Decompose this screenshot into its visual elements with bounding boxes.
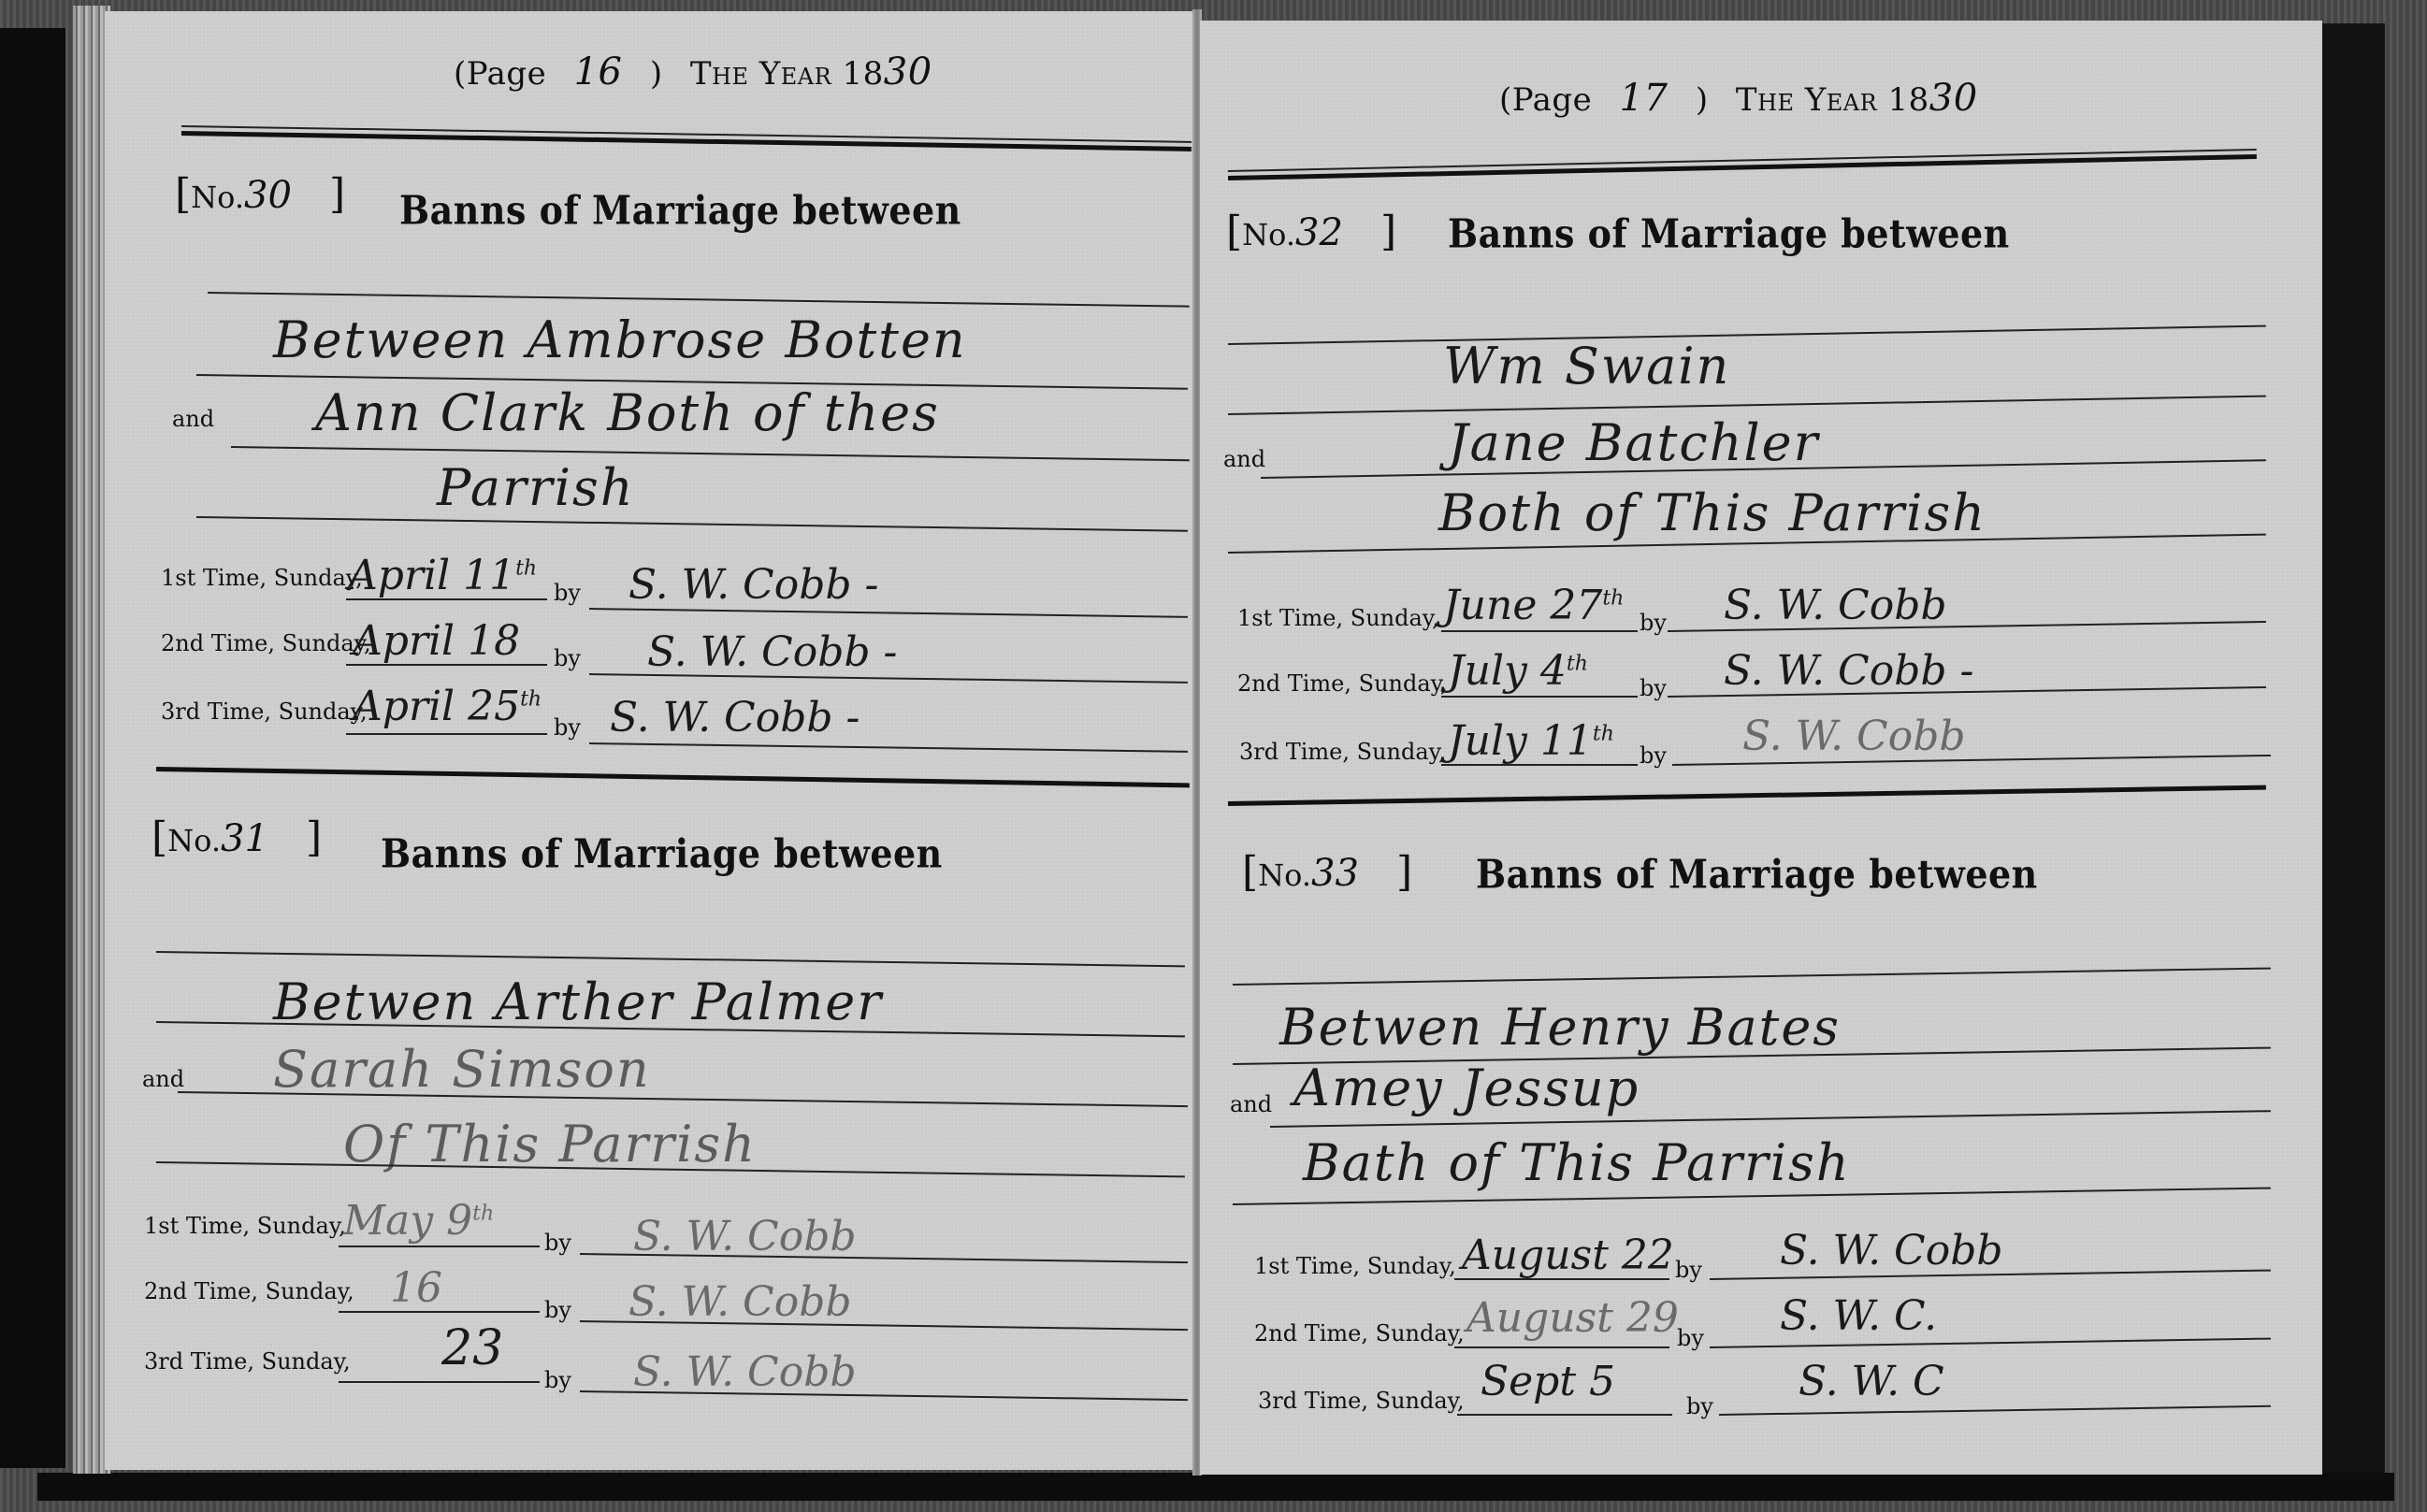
entry-number: [No.30] xyxy=(175,170,345,218)
and-label: and xyxy=(1230,1091,1272,1117)
ruled-line xyxy=(339,1311,540,1313)
bride-line: Ann Clark Both of thes xyxy=(315,383,940,442)
ruled-line xyxy=(339,1381,540,1383)
ruled-line xyxy=(1441,764,1638,766)
reading-date: Sept 5 xyxy=(1481,1358,1615,1405)
ruled-line xyxy=(1719,1405,2271,1416)
parish-line: Bath of This Parrish xyxy=(1303,1133,1851,1192)
and-label: and xyxy=(142,1066,184,1092)
entry-title: Banns of Marriage between xyxy=(381,830,943,877)
reading-date: June 27th xyxy=(1443,582,1624,629)
ruled-line xyxy=(1441,696,1638,698)
ruled-line xyxy=(1228,396,2266,415)
officiant: S. W. Cobb - xyxy=(628,561,878,609)
ruled-line xyxy=(208,292,1190,308)
ruled-line xyxy=(1441,630,1638,632)
entry-number: [No.32] xyxy=(1226,208,1396,255)
officiant: S. W. C xyxy=(1799,1358,1944,1405)
register-page-right: (Page 17 ) The Year 1830 [No.32] Banns o… xyxy=(1200,21,2322,1475)
reading-date: 16 xyxy=(390,1264,442,1312)
officiant: S. W. Cobb xyxy=(633,1348,857,1396)
year-handwritten: 30 xyxy=(1929,77,1978,120)
ruled-line xyxy=(346,733,547,735)
entry-number: [No.33] xyxy=(1242,848,1412,896)
entry-title: Banns of Marriage between xyxy=(399,187,961,234)
header-rule xyxy=(1228,149,2257,180)
header-rule xyxy=(181,125,1192,151)
parish-line: Both of This Parrish xyxy=(1438,483,1986,542)
and-label: and xyxy=(172,406,214,432)
book-shadow-left xyxy=(0,28,65,1468)
groom-line: Betwen Arther Palmer xyxy=(273,972,883,1031)
ruled-line xyxy=(156,951,1185,967)
year-handwritten: 30 xyxy=(884,50,932,94)
ruled-line xyxy=(346,598,547,600)
ruled-line xyxy=(1454,1278,1669,1280)
ruled-line xyxy=(1233,968,2271,986)
page-number: 17 xyxy=(1620,77,1669,120)
bride-line: Jane Batchler xyxy=(1448,413,1819,472)
ruled-line xyxy=(1457,1414,1672,1416)
reading-date: 23 xyxy=(441,1320,503,1376)
page-header: (Page 16 ) The Year 1830 xyxy=(454,50,932,94)
ruled-line xyxy=(1454,1346,1669,1348)
officiant: S. W. C. xyxy=(1780,1292,1937,1340)
reading-date: April 18 xyxy=(353,617,520,665)
entry-separator xyxy=(1228,785,2266,806)
groom-line: Between Ambrose Botten xyxy=(273,310,967,369)
reading-date: April 11th xyxy=(348,552,537,599)
ruled-line xyxy=(196,516,1188,532)
entry-title: Banns of Marriage between xyxy=(1476,851,2038,898)
reading-date: August 29 xyxy=(1466,1294,1679,1342)
year-label: The Year xyxy=(1736,81,1877,119)
bride-line: Sarah Simson xyxy=(273,1040,651,1099)
ruled-line xyxy=(346,664,547,666)
reading-date: May 9th xyxy=(343,1197,494,1245)
reading-date: July 11th xyxy=(1448,717,1614,765)
bride-line: Amey Jessup xyxy=(1293,1058,1640,1117)
officiant: S. W. Cobb xyxy=(1724,582,1947,629)
book-shadow-bottom xyxy=(37,1473,2394,1501)
ruled-line xyxy=(339,1246,540,1247)
entry-title: Banns of Marriage between xyxy=(1448,210,2010,257)
groom-line: Betwen Henry Bates xyxy=(1279,998,1841,1057)
entry-number: [No.31] xyxy=(152,814,322,861)
ruled-line xyxy=(589,608,1188,618)
officiant: S. W. Cobb xyxy=(628,1278,852,1326)
ruled-line xyxy=(589,742,1188,753)
page-number: 16 xyxy=(574,50,623,94)
and-label: and xyxy=(1223,446,1265,472)
parish-line: Parrish xyxy=(437,458,635,517)
officiant: S. W. Cobb - xyxy=(610,694,860,742)
register-page-left: (Page 16 ) The Year 1830 [No.30] Banns o… xyxy=(105,11,1194,1470)
page-header: (Page 17 ) The Year 1830 xyxy=(1499,77,1978,120)
officiant: S. W. Cobb xyxy=(1742,713,1966,760)
ruled-line xyxy=(231,446,1190,461)
reading-date: April 25th xyxy=(353,683,542,730)
year-label: The Year xyxy=(690,55,831,93)
entry-separator xyxy=(156,767,1190,787)
reading-date: August 22 xyxy=(1462,1231,1674,1279)
officiant: S. W. Cobb - xyxy=(647,628,897,676)
ruled-line xyxy=(178,1091,1188,1107)
officiant: S. W. Cobb - xyxy=(1724,647,1973,695)
ruled-line xyxy=(1228,325,2266,345)
officiant: S. W. Cobb xyxy=(1780,1227,2003,1274)
reading-date: July 4th xyxy=(1448,647,1588,695)
groom-line: Wm Swain xyxy=(1443,337,1730,396)
